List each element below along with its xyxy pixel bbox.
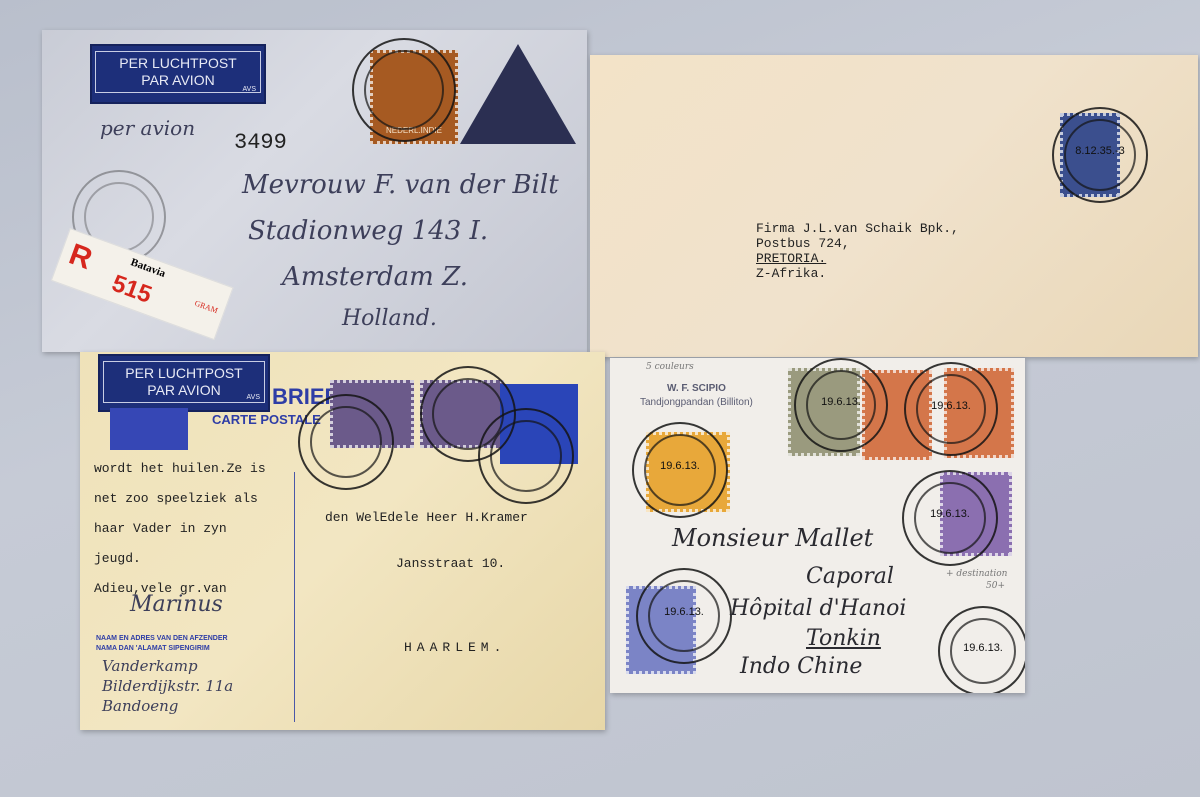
- typed-address: Firma J.L.van Schaik Bpk.,Postbus 724,PR…: [756, 221, 959, 281]
- airmail-label-code: AVS: [243, 81, 257, 98]
- postmark-tandjongpandan-6: 19.6.13.: [938, 606, 1025, 693]
- registration-suffix: GRAM: [193, 299, 219, 316]
- postcard-haarlem: PER LUCHTPOST PAR AVION AVS BRIEF CARTE …: [80, 352, 605, 730]
- registration-label-number: 515: [108, 270, 155, 310]
- envelope-amsterdam: PER LUCHTPOST PAR AVION AVS per avion 34…: [42, 30, 587, 352]
- postmark-bandoeng-1: [298, 394, 394, 490]
- postmark-semarang: 8.12.35.-3: [1052, 107, 1148, 203]
- pencil-note-right: + destination50+: [946, 568, 1007, 592]
- message-line: jeugd.: [94, 544, 266, 574]
- postmark-date: 19.6.13.: [634, 460, 726, 472]
- postmark-date: 19.6.13.: [638, 606, 730, 618]
- postmark-date: 19.6.13.: [904, 508, 996, 520]
- postmark-tandjongpandan-3: 19.6.13.: [904, 362, 998, 456]
- postmark-date: 19.6.13.: [906, 400, 996, 412]
- postmark-date: 19.6.13.: [796, 396, 886, 408]
- message-line: wordt het huilen.Ze is: [94, 454, 266, 484]
- postmark-tandjongpandan-2: 19.6.13.: [794, 358, 888, 452]
- address-line-5: Indo Chine: [740, 654, 862, 679]
- address-line-2: Jansstraat 10.: [396, 556, 505, 571]
- pencil-line: + destination: [946, 568, 1007, 580]
- sender-line: Bilderdijkstr. 11a: [102, 676, 233, 696]
- sender-name: W. F. SCIPIO: [640, 382, 753, 396]
- postmark-tandjongpandan-4: 19.6.13.: [902, 470, 998, 566]
- postmark-date: 19.6.13.: [940, 642, 1025, 654]
- sender-handstamp: W. F. SCIPIOTandjongpandan (Billiton): [640, 382, 753, 410]
- sender-label-line: NAMA DAN 'ALAMAT SIPENGIRIM: [96, 644, 228, 654]
- sender-line: Vanderkamp: [102, 656, 233, 676]
- message-line: net zoo speelziek als: [94, 484, 266, 514]
- airmail-label-line1: PER LUCHTPOST: [104, 365, 264, 382]
- envelope-tonkin: 5 couleurs W. F. SCIPIOTandjongpandan (B…: [610, 358, 1025, 693]
- postmark-bandoeng-3: [478, 408, 574, 504]
- address-line-3: Hôpital d'Hanoi: [730, 596, 906, 621]
- airmail-label: PER LUCHTPOST PAR AVION AVS: [98, 354, 270, 412]
- address-line-1: Monsieur Mallet: [672, 524, 873, 552]
- manuscript-note: per avion: [100, 116, 195, 140]
- airmail-label: PER LUCHTPOST PAR AVION AVS: [90, 44, 266, 104]
- pencil-note: 5 couleurs: [646, 362, 694, 372]
- address-line-2: Postbus 724,: [756, 236, 959, 251]
- registration-letter: R: [64, 238, 96, 277]
- sender-line: Bandoeng: [102, 696, 233, 716]
- postmark-batavia: [352, 38, 456, 142]
- pencil-line: 50+: [946, 580, 1007, 592]
- airmail-label-line2: PAR AVION: [104, 382, 264, 399]
- stamp-airmail-triangle: [460, 44, 576, 144]
- registration-number: 3499: [234, 130, 287, 155]
- address-line-1: den WelEdele Heer H.Kramer: [325, 510, 528, 525]
- address-line-4: Z-Afrika.: [756, 266, 959, 281]
- address-line-3: PRETORIA.: [756, 251, 959, 266]
- postmark-tandjongpandan-1: 19.6.13.: [632, 422, 728, 518]
- airmail-label-line2: PAR AVION: [96, 72, 260, 89]
- sender-address: VanderkampBilderdijkstr. 11aBandoeng: [102, 656, 233, 716]
- address-line-4: Holland.: [342, 306, 437, 331]
- address-line-1: Firma J.L.van Schaik Bpk.,: [756, 221, 959, 236]
- signature: Marinus: [130, 592, 223, 617]
- address-line-2: Caporal: [806, 564, 894, 589]
- message-text: wordt het huilen.Ze isnet zoo speelziek …: [94, 454, 266, 604]
- address-line-4: Tonkin: [806, 626, 881, 651]
- airmail-label-line1: PER LUCHTPOST: [96, 55, 260, 72]
- sender-label-line: NAAM EN ADRES VAN DEN AFZENDER: [96, 634, 228, 644]
- sender-town: Tandjongpandan (Billiton): [640, 396, 753, 410]
- message-line: haar Vader in zyn: [94, 514, 266, 544]
- airmail-label-code: AVS: [247, 389, 261, 406]
- address-line-2: Stadionweg 143 I.: [248, 216, 488, 246]
- address-line-1: Mevrouw F. van der Bilt: [242, 170, 559, 200]
- postmark-tandjongpandan-5: 19.6.13.: [636, 568, 732, 664]
- address-line-3: Amsterdam Z.: [282, 262, 468, 292]
- sender-label: NAAM EN ADRES VAN DEN AFZENDERNAMA DAN '…: [96, 634, 228, 654]
- postmark-date: 8.12.35.-3: [1054, 145, 1146, 157]
- coat-of-arms-icon: [110, 408, 188, 450]
- address-line-3: HAARLEM.: [404, 640, 506, 655]
- envelope-pretoria: 8.12.35.-3 Firma J.L.van Schaik Bpk.,Pos…: [590, 55, 1198, 357]
- divider-line: [294, 472, 295, 722]
